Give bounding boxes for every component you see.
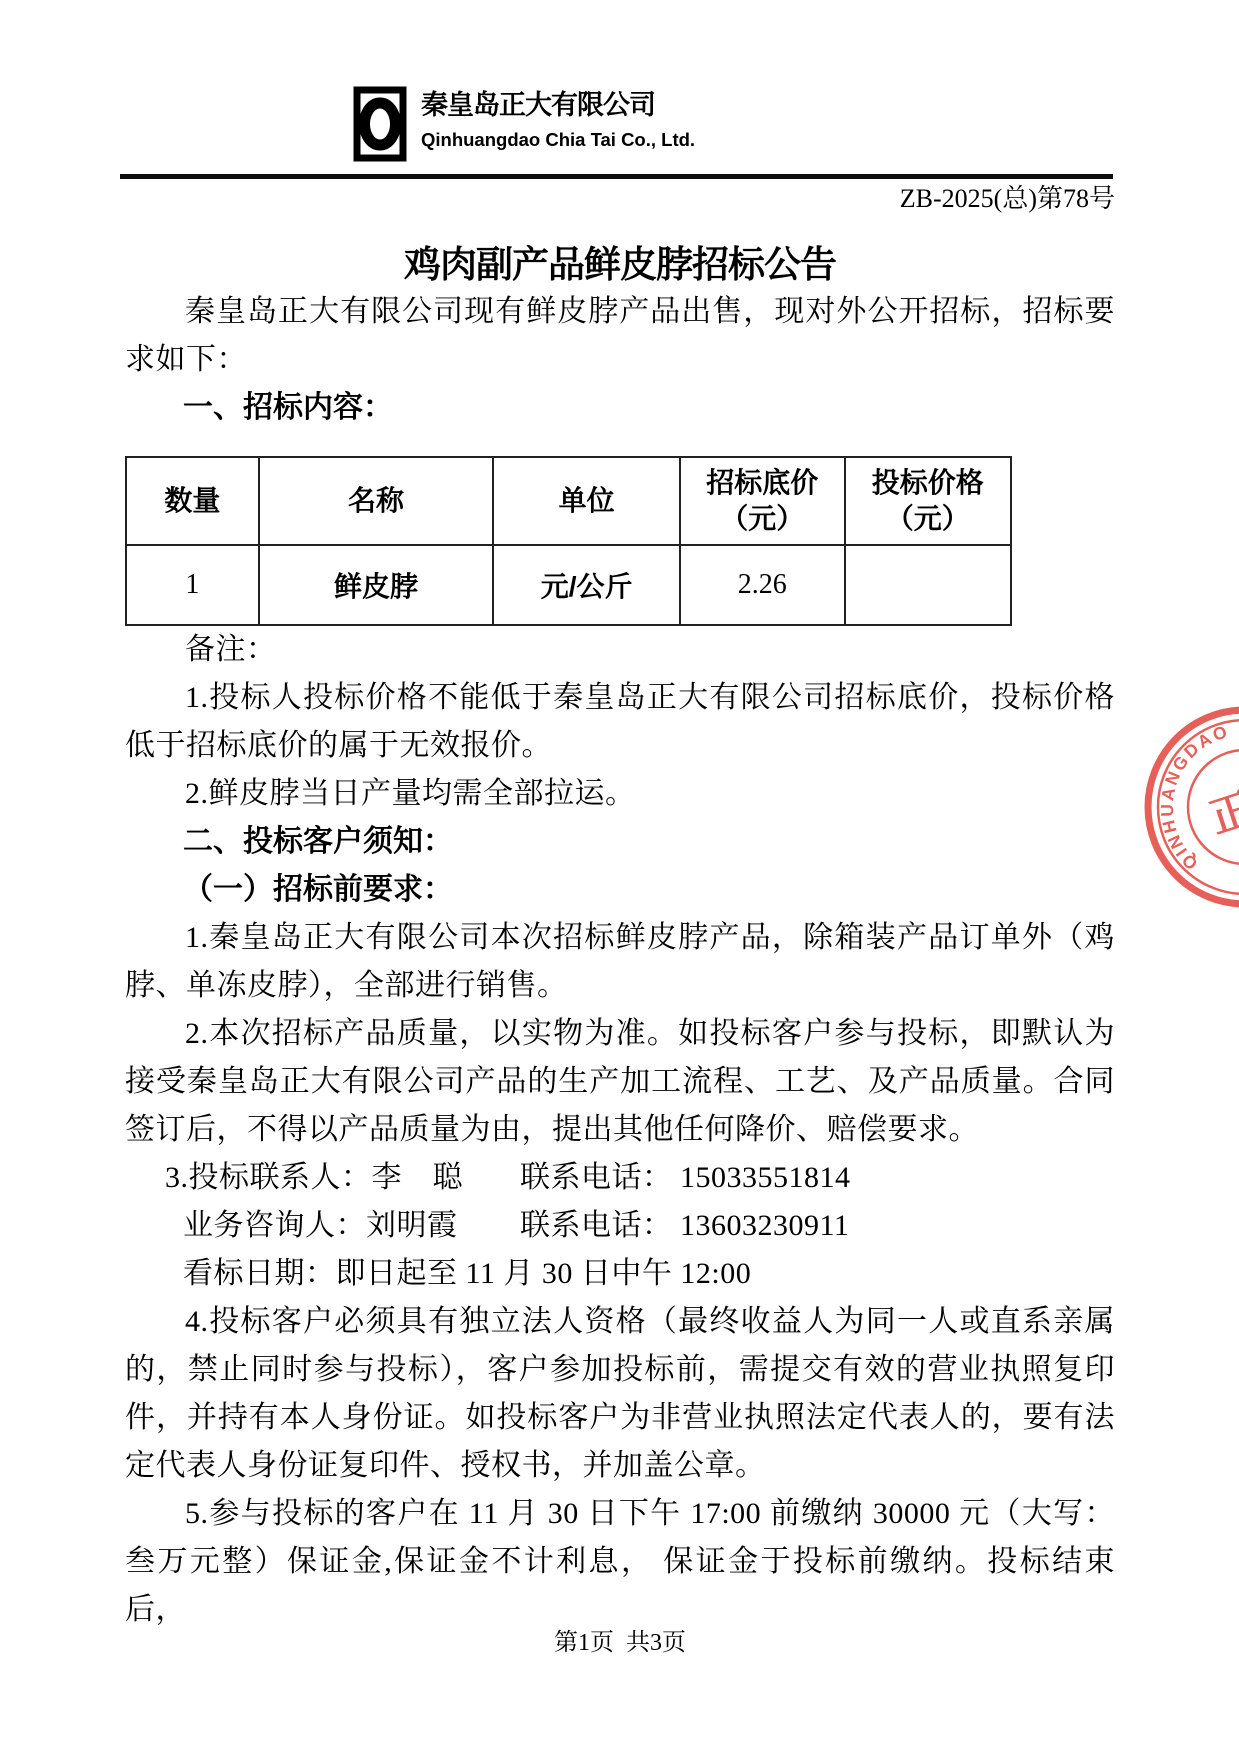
bid-table: 数量 名称 单位 招标底价 （元） 投标价格 （元） 1 鲜皮脖 元/公斤 2.… (125, 456, 1012, 626)
table-row: 1 鲜皮脖 元/公斤 2.26 (126, 545, 1011, 625)
col-header-qty: 数量 (126, 457, 259, 545)
company-logo-icon (353, 86, 407, 162)
stamp-center-text: 正大 (1204, 771, 1239, 842)
contact-row-business: 业务咨询人：刘明霞 联系电话： 13603230911 (125, 1202, 1115, 1250)
col-header-bid-price: 投标价格 （元） (845, 457, 1011, 545)
intro-paragraph: 秦皇岛正大有限公司现有鲜皮脖产品出售，现对外公开招标，招标要求如下： (125, 288, 1115, 384)
requirement-item-4: 4.投标客户必须具有独立法人资格（最终收益人为同一人或直系亲属的，禁止同时参与投… (125, 1298, 1115, 1490)
cell-name: 鲜皮脖 (259, 545, 494, 625)
section2-subsection-heading: （一）招标前要求： (125, 866, 1115, 914)
contact-row-bid: 3.投标联系人：李 聪 联系电话： 15033551814 (125, 1154, 1115, 1202)
view-date-line: 看标日期：即日起至 11 月 30 日中午 12:00 (125, 1250, 1115, 1298)
table-header-row: 数量 名称 单位 招标底价 （元） 投标价格 （元） (126, 457, 1011, 545)
requirement-item-1: 1.秦皇岛正大有限公司本次招标鲜皮脖产品，除箱装产品订单外（鸡脖、单冻皮脖），全… (125, 914, 1115, 1010)
page-title: 鸡肉副产品鲜皮脖招标公告 (125, 242, 1115, 288)
note-2: 2.鲜皮脖当日产量均需全部拉运。 (125, 770, 1115, 818)
cell-unit: 元/公斤 (493, 545, 680, 625)
contact-phone-label: 联系电话： (520, 1154, 680, 1202)
section2-heading: 二、投标客户须知： (125, 818, 1115, 866)
note-1: 1.投标人投标价格不能低于秦皇岛正大有限公司招标底价，投标价格低于招标底价的属于… (125, 674, 1115, 770)
requirement-item-2: 2.本次招标产品质量，以实物为准。如投标客户参与投标，即默认为接受秦皇岛正大有限… (125, 1010, 1115, 1154)
col-header-unit: 单位 (493, 457, 680, 545)
contact-phone-number: 15033551814 (680, 1154, 1115, 1202)
company-name-block: 秦皇岛正大有限公司 Qinhuangdao Chia Tai Co., Ltd. (421, 86, 695, 153)
contact-phone-number: 13603230911 (680, 1202, 1115, 1250)
contact-phone-label: 联系电话： (520, 1202, 680, 1250)
document-page: 秦皇岛正大有限公司 Qinhuangdao Chia Tai Co., Ltd.… (0, 0, 1239, 1754)
col-header-name: 名称 (259, 457, 494, 545)
cell-base-price: 2.26 (680, 545, 845, 625)
company-header: 秦皇岛正大有限公司 Qinhuangdao Chia Tai Co., Ltd. (353, 86, 1115, 162)
notes-label: 备注： (125, 626, 1115, 674)
company-name-cn: 秦皇岛正大有限公司 (421, 88, 695, 122)
section1-heading: 一、招标内容： (125, 384, 1115, 432)
doc-number: ZB-2025(总)第78号 (125, 184, 1115, 214)
requirement-item-5: 5.参与投标的客户在 11 月 30 日下午 17:00 前缴纳 30000 元… (125, 1490, 1115, 1634)
cell-qty: 1 (126, 545, 259, 625)
contact-person-label: 业务咨询人：刘明霞 (125, 1202, 520, 1250)
contact-person-label: 3.投标联系人：李 聪 (125, 1154, 520, 1202)
header-divider (120, 174, 1113, 179)
cell-bid-price (845, 545, 1011, 625)
page-footer: 第1页 共3页 (125, 1622, 1115, 1657)
col-header-base-price: 招标底价 （元） (680, 457, 845, 545)
company-name-en: Qinhuangdao Chia Tai Co., Ltd. (421, 127, 695, 153)
company-seal-stamp: QINHUANGDAO CHIA TAI CO., LTD. 正大 (1140, 702, 1239, 912)
